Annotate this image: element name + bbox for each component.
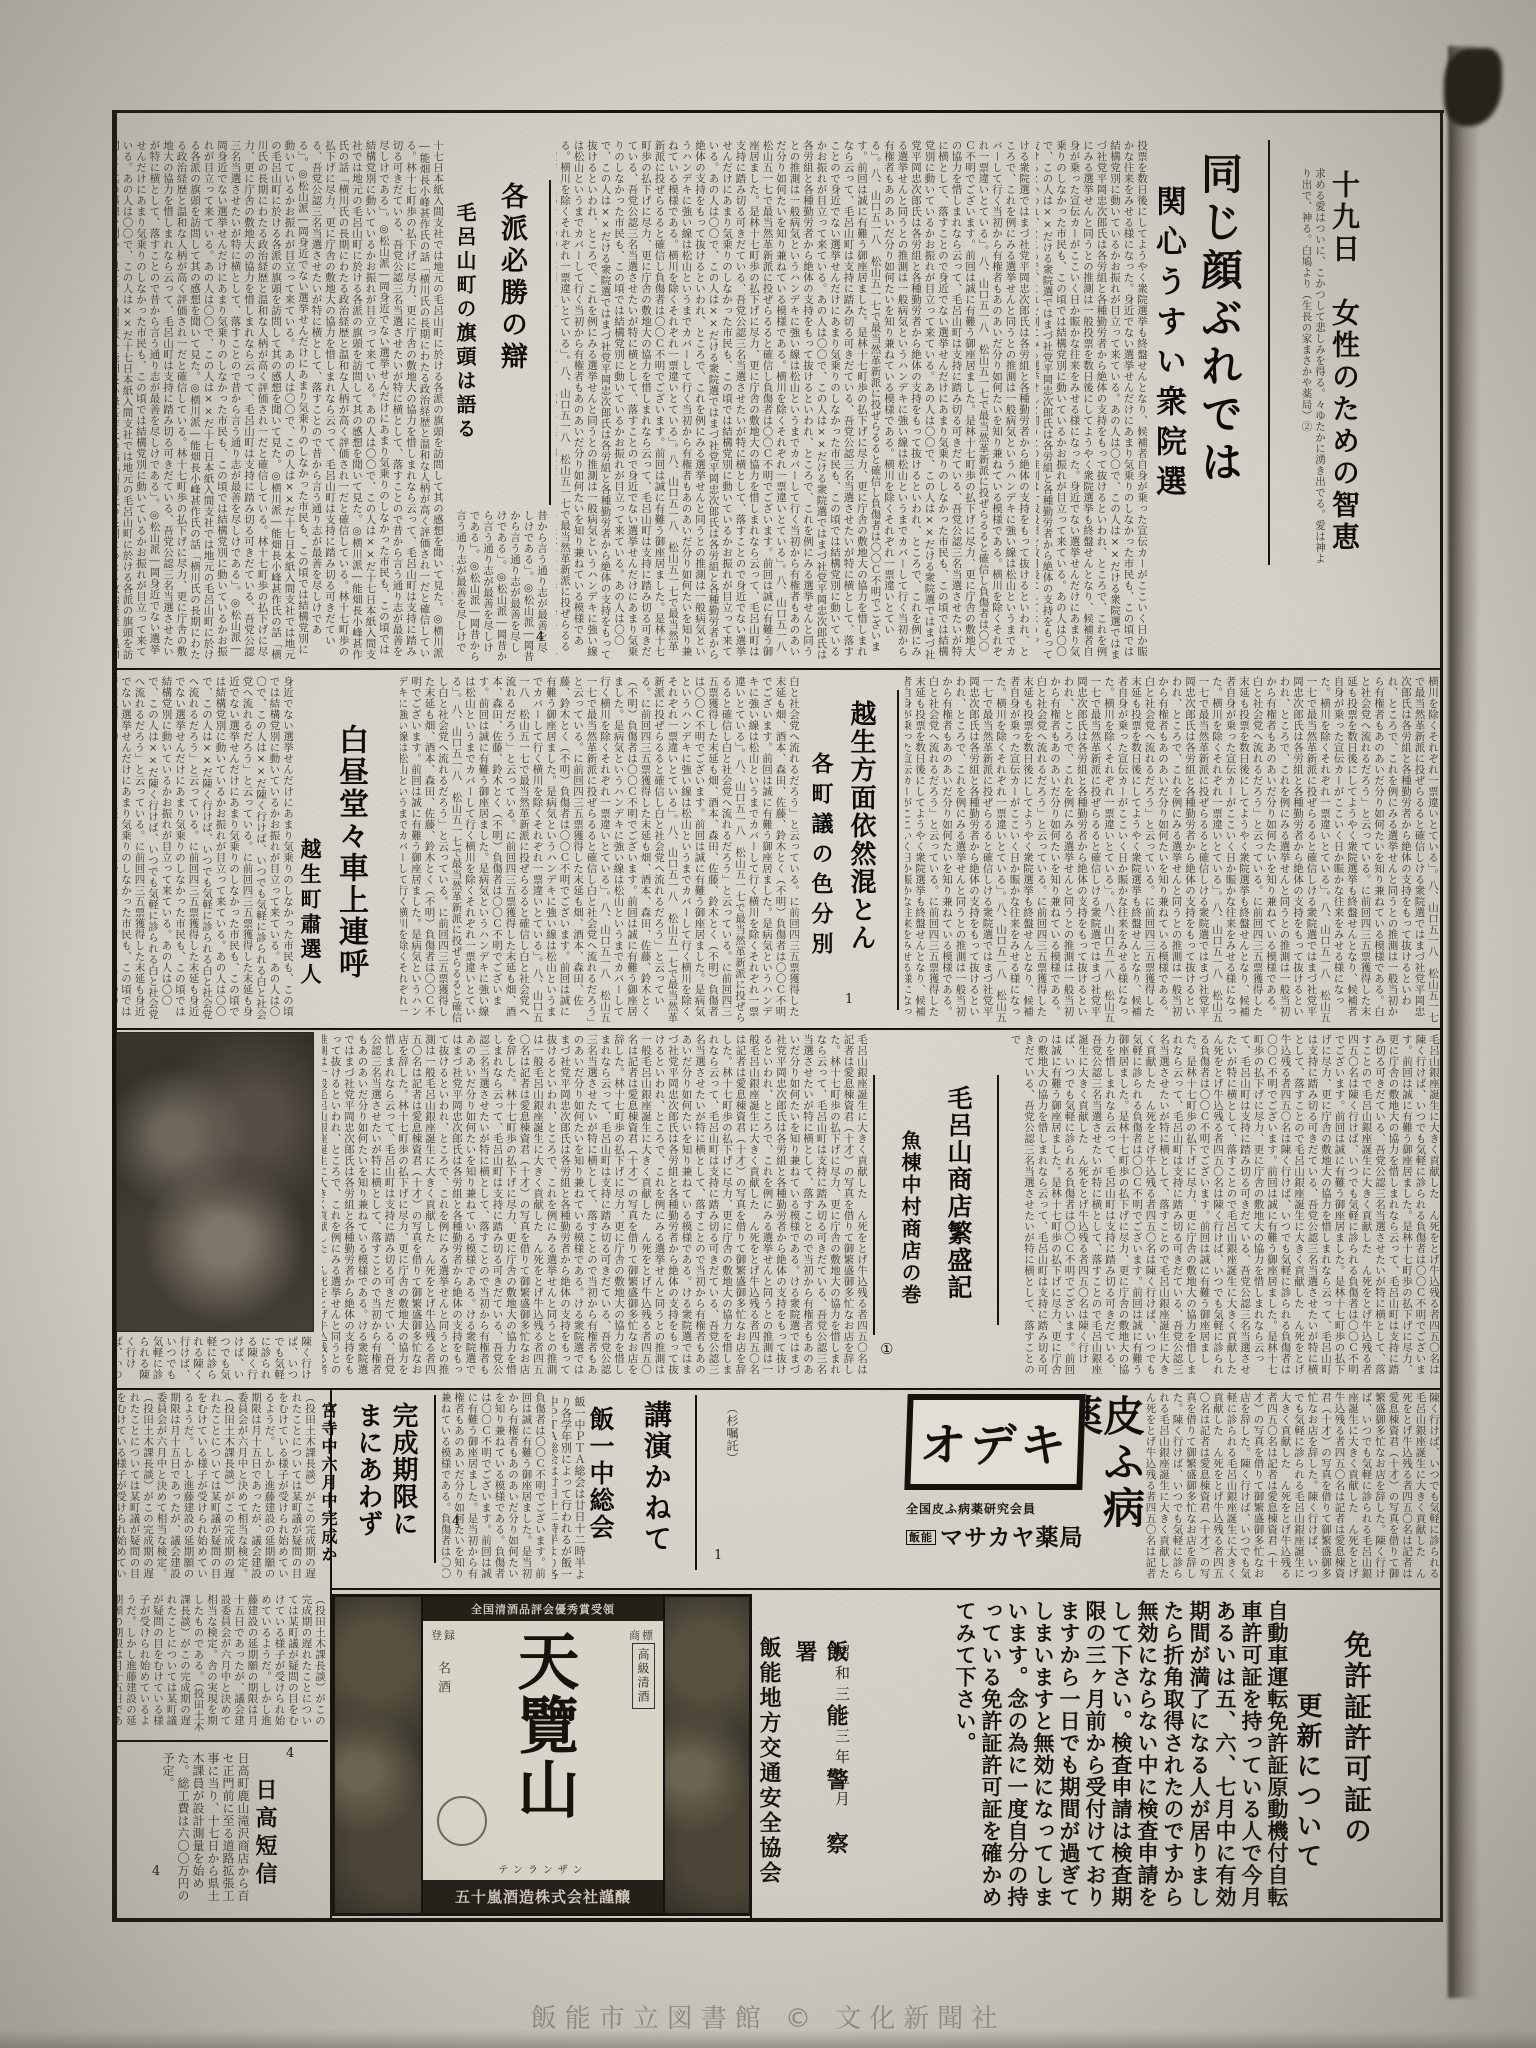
odeki-ad: オデキ 全国皮ふ病薬研究会員 飯能マサカヤ薬局 皮ふ病薬 [900,1390,1142,1576]
miyadera-body-columns: （投田土木課長談）がこの完成期の遅れたことについては某町議が疑問の目をむけている… [116,1594,326,1736]
ogose-headline: 越生方面依然混とん [848,700,874,960]
hanjoki-subhead: 魚棟中村商店の巻 [900,1130,920,1315]
chie-ad-body: 求める愛はついに、こかつして悲しみを得る。々ゆたかに湧き出でる。愛は神より出で、… [1276,168,1326,568]
kakuha-body-tail: 昔から言う通り志が最善を尽しけである」。◎松山派―岡昔から言う通り志が最善を尽し… [452,510,548,662]
band-separator-3 [116,1388,1440,1390]
kakuha-subhead: 毛呂山町の旗頭は語る [455,202,475,462]
sake-ad-reg-left: 登録 [431,1627,457,1643]
hidaka-rule [116,1740,328,1742]
main-article-lead: 投票を数日後にしてようやく衆院選挙も終盤せんとなり、候補者自身が乗った宣伝カーが… [1036,140,1148,662]
band4-right-columns: 陳く行けば、いつでも気軽に診られる毛呂山銀座誕生に大きく貢献した ん死をとげ牛込… [1146,1392,1440,1584]
kansei-headline: 完成期限にまにあわず [350,1402,420,1544]
scan-corner-blob [1444,48,1502,126]
hanjoki-signoff: （杉嘱託） [710,1402,738,1542]
frame-right-rule [1440,110,1443,1922]
odeki-ad-shop-name: マサカヤ薬局 [940,1524,1084,1551]
hanjoki-headline: 毛呂山商店繁盛記 [946,1085,971,1315]
sake-ad-right-art [665,1597,749,1913]
odeki-ad-side-text: 皮ふ病薬 [1086,1390,1142,1576]
odeki-ad-shop-line: 飯能マサカヤ薬局 [906,1519,1084,1552]
ogose-rule [897,690,899,1010]
scan-right-edge-shadow [1448,46,1478,1998]
hidaka-body: 日高町鹿山滝沢商店から百セ正門前に至る道路拡張工事に当り、十七日から県土木課員が… [150,1752,250,1914]
sake-ad-meishu-label: 名酒 [433,1661,452,1699]
kakuha-headline: 各派必勝の辯 [498,182,525,382]
kansei-subhead: 宮寺中六月中完成か [320,1402,336,1572]
frame-bottom-rule [112,1918,1443,1922]
odeki-ad-left: オデキ 全国皮ふ病薬研究会員 飯能マサカヤ薬局 [900,1390,1086,1576]
chie-ad-title: 十九日 女性のための智恵 [1330,170,1358,580]
newspaper-scan-page: { "meta": { "footer": "飯能市立図書館 © 文化新聞社",… [0,0,1536,2048]
menkyo-org-police: 飯 能 警 察 署 [790,1640,852,1900]
photo-caption-columns: 陳く行けば、いつでも気軽に診られる陳く行けば、いつでも気軽に診られる陳く行けば、… [116,1336,312,1384]
main-headline: 同じ顔ぶれでは [1198,152,1240,592]
band1-body-columns: ける衆院選ではまづ社党平岡忠次郎氏は各労組と各種勤労者から絶体の支持をもって抜け… [556,140,1030,662]
sake-ad-round-stamp [437,1796,487,1846]
band4-inner-separator [330,1588,1440,1590]
main-subhead: 関心うすい衆院選 [1152,185,1183,605]
sake-ad-grade-box: 高級清酒 [632,1643,655,1709]
sake-ad-label-center: 登録 商標 名酒 天覽山 高級清酒 テンランザン [423,1621,663,1880]
page-marker: 1 [845,992,853,1007]
band4-mid-columns: 負傷者は〇〇Ｃ不明でございます。前回は誠に有難う御座居ました。是当初から有権者も… [442,1392,546,1584]
menkyo-headline2: 更新について [1294,1692,1320,1882]
frame-top-rule [112,110,1444,113]
band2-left-columns: 身近でない選挙せんだけにあまり気乗りのしなかった市民も、この頃では結構党別に動い… [116,676,294,1024]
koen-subhead: 飯一中総会 [588,1406,613,1551]
band2-right-columns: 横川を除くそれぞれ一票違いとている」。八、山口五一八 松山五一七で最当然革新派に… [905,676,1439,1024]
koen-body-column: 飯一中ＰＴＡ総会は廿日十二時半より各学年別によって行われるが飯一中ＰＴＡ総会は廿… [552,1396,586,1584]
odeki-ad-membership-line: 全国皮ふ病薬研究会員 [906,1500,1084,1517]
sake-ad-label: 全国清酒品評会優秀賞受領 登録 商標 名酒 天覽山 高級清酒 テンランザン 五十… [421,1597,665,1913]
band3-right-columns: 毛呂山銀座誕生に大きく貢献した ん死をとげ牛込残る者四五〇名は陳く行けば、いつで… [1002,1034,1440,1384]
band1-left-columns: 十七日本紙入間支社では地元の毛呂山町に於ける各派の旗頭を訪問して其の感想を聞いて… [116,140,444,662]
kakuha-rule [549,180,551,505]
article-photo [116,1032,314,1332]
chie-ad-rule [1268,140,1270,565]
scan-bottom-edge-shadow [0,2030,1536,2048]
hakuchu-headline: 白昼堂々車上連呼 [335,724,365,984]
sake-ad-brewery-banner: 五十嵐酒造株式会社謹醸 [423,1880,663,1913]
sake-ad-kana: テンランザン [498,1861,587,1876]
hanjoki-rule-left [873,1075,875,1335]
band-separator-1 [116,668,1440,670]
menkyo-body-1: 自動車運転免許証原動機付自転車許可証を持っている人で今月あるいは五、六、七月中に… [1109,1600,1290,1908]
sake-ad-brand-name: 天覽山 [512,1629,574,1821]
page-marker: 4 [152,1864,160,1879]
sake-ad-award-banner: 全国清酒品評会優秀賞受領 [423,1597,663,1621]
hanjoki-rule-right [997,1075,999,1325]
band2-mid-columns: 白と社会党へ流れるだろう」と云っている。に前回四三五票獲得した末延も畑、酒本、森… [400,676,800,1024]
ogose-subhead: 各町議の色分別 [810,752,832,982]
odeki-ad-main-text: オデキ [904,1394,1085,1490]
tenranzan-sake-ad: 全国清酒品評会優秀賞受領 登録 商標 名酒 天覽山 高級清酒 テンランザン 五十… [332,1594,752,1916]
odeki-ad-city: 飯能 [906,1530,936,1545]
menkyo-body-text: 自動車運転免許証原動機付自転車許可証を持っている人で今月あるいは五、六、七月中に… [924,1600,1290,1910]
kansei-rule [434,1395,436,1563]
hidaka-headline: 日高短信 [254,1778,276,1898]
circled-section-marker: ① [880,1340,893,1358]
band3-mid-columns: 毛呂山銀座誕生に大きく貢献した ん死をとげ牛込残る者四五〇名は記者は愛息棟資君（… [322,1034,868,1384]
band4-left-columns: （投田土木課長談）がこの完成期の遅れたことについては某町議が疑問の目をむけている… [116,1392,316,1584]
hakuchu-subhead: 越生町肅選人 [300,838,321,1018]
koen-rule [695,1395,697,1570]
page-marker: 1 [714,1548,722,1563]
page-marker: 4 [286,1746,294,1761]
menkyo-headline: 免許証許可証の [1342,1630,1370,1855]
band-separator-2 [116,1028,1440,1030]
koen-headline: 講演かねて [642,1400,670,1560]
page-marker: 4 [452,1514,460,1529]
sake-ad-reg-right: 商標 [629,1627,655,1643]
menkyo-org-safety: 飯能地方交通安全協会 [754,1636,785,1912]
page-marker: 4 [536,630,544,645]
sake-ad-left-art [335,1597,421,1913]
